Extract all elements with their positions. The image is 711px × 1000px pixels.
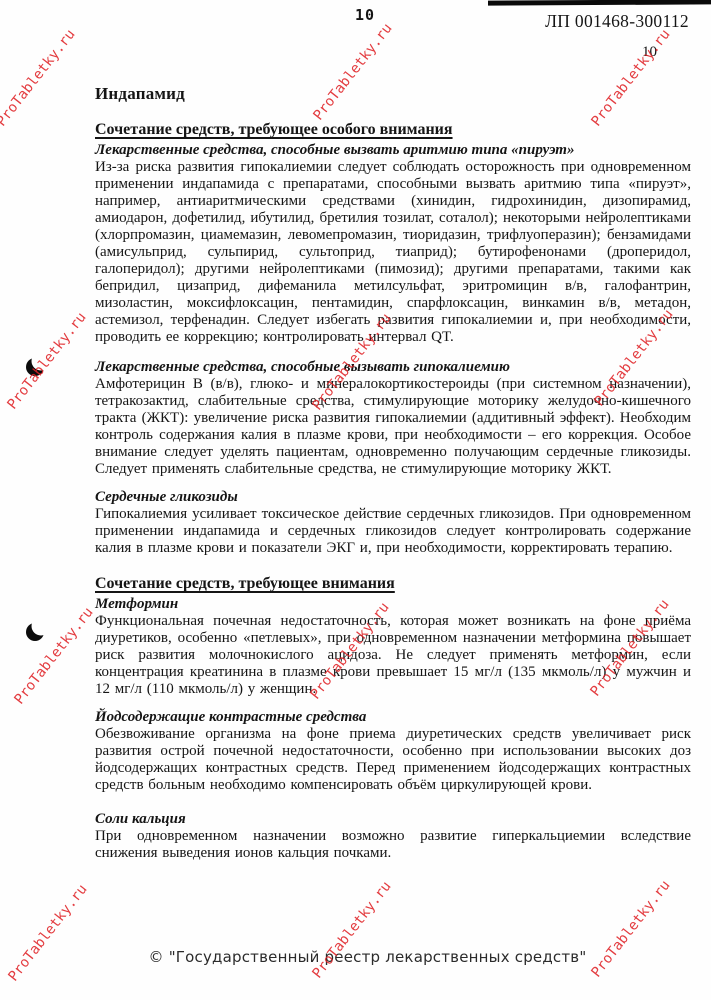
page-number-top: 10 xyxy=(355,6,385,24)
subsection-heading-metformin: Метформин xyxy=(95,596,691,613)
scan-crescent-artifact xyxy=(25,353,49,381)
watermark-protabletky: ProTabletky.ru xyxy=(5,882,90,985)
subsection-heading-calcium-salts: Соли кальция xyxy=(95,811,691,828)
copyright-footer: © "Государственный реестр лекарственных … xyxy=(12,948,711,966)
document-body: Индапамид Сочетание средств, требующее о… xyxy=(95,85,691,862)
subsection-heading-hypokalemia: Лекарственные средства, способные вызыва… xyxy=(95,359,691,376)
paragraph-calcium-salts: При одновременном назначении возможно ра… xyxy=(95,828,691,862)
subsection-heading-cardiac-glycosides: Сердечные гликозиды xyxy=(95,489,691,506)
paragraph-iodine-contrast: Обезвоживание организма на фоне приема д… xyxy=(95,726,691,794)
section-heading-special-attention: Сочетание средств, требующее особого вни… xyxy=(95,121,691,139)
section-heading-attention: Сочетание средств, требующее внимания xyxy=(95,575,691,593)
scan-crescent-artifact xyxy=(25,618,49,646)
paragraph-arrhythmia: Из-за риска развития гипокалиемии следуе… xyxy=(95,159,691,346)
subsection-heading-iodine-contrast: Йодсодержащие контрастные средства xyxy=(95,709,691,726)
paragraph-cardiac-glycosides: Гипокалиемия усиливает токсическое дейст… xyxy=(95,506,691,557)
subsection-heading-arrhythmia: Лекарственные средства, способные вызват… xyxy=(95,142,691,159)
scanned-document-page: 10 ЛП 001468-300112 10 Индапамид Сочетан… xyxy=(0,0,711,1000)
registration-number: ЛП 001468-300112 xyxy=(545,11,689,32)
paragraph-hypokalemia: Амфотерицин В (в/в), глюко- и минералоко… xyxy=(95,376,691,478)
page-number-right: 10 xyxy=(642,44,657,61)
watermark-protabletky: ProTabletky.ru xyxy=(0,27,79,130)
paragraph-metformin: Функциональная почечная недостаточность,… xyxy=(95,613,691,698)
scan-edge-artifact xyxy=(488,0,711,6)
drug-title: Индапамид xyxy=(95,85,691,103)
